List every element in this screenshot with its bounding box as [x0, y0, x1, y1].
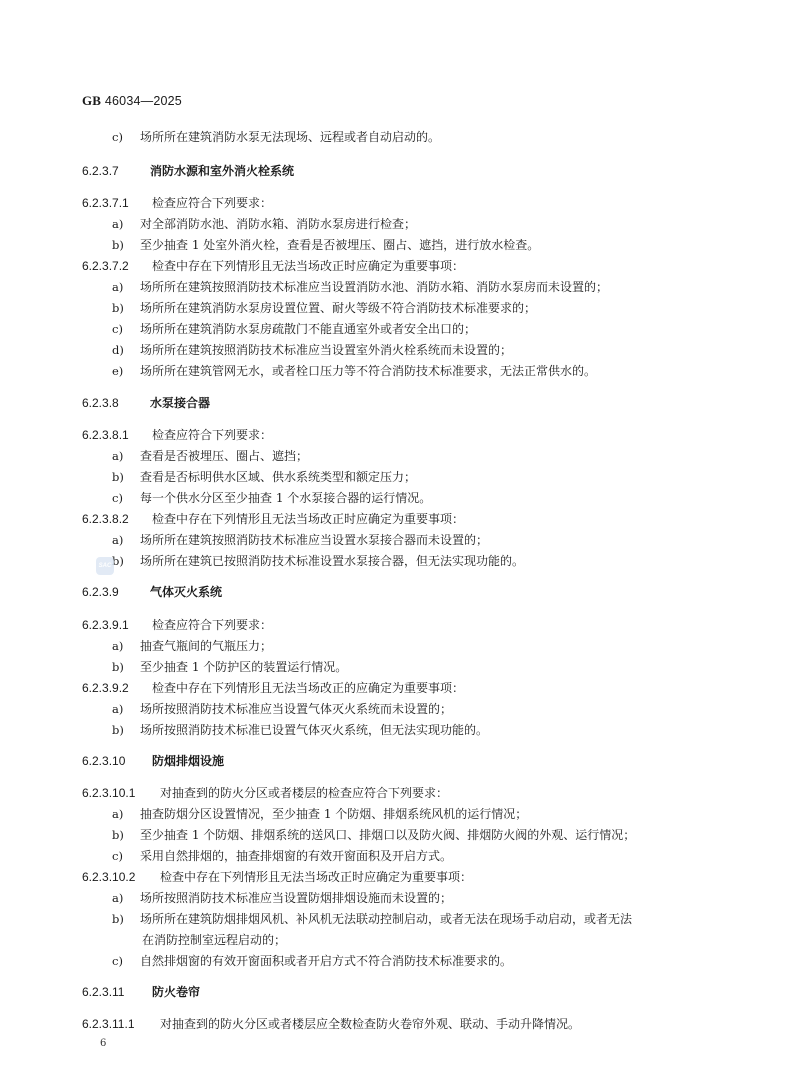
list-marker: b) — [112, 659, 140, 675]
page-number: 6 — [100, 1038, 106, 1049]
clause-number: 6.2.3.7.2 — [82, 258, 152, 274]
list-item: c)采用自然排烟的，抽查排烟窗的有效开窗面积及开启方式。 — [112, 848, 452, 864]
list-item: e)场所所在建筑管网无水，或者栓口压力等不符合消防技术标准要求，无法正常供水的。 — [112, 363, 596, 379]
list-item: a)对全部消防水池、消防水箱、消防水泵房进行检查； — [112, 216, 416, 232]
list-marker: b) — [112, 722, 140, 738]
clause: 6.2.3.8.2检查中存在下列情形且无法当场改正时应确定为重要事项： — [82, 511, 464, 527]
clause: 6.2.3.9.2检查中存在下列情形且无法当场改正的应确定为重要事项： — [82, 680, 464, 696]
clause-text: 对抽查到的防火分区或者楼层应全数检查防火卷帘外观、联动、手动升降情况。 — [160, 1017, 580, 1031]
list-item: b)至少抽查 1 处室外消火栓，查看是否被埋压、圈占、遮挡，进行放水检查。 — [112, 237, 539, 253]
section-title: 防烟排烟设施 — [152, 754, 224, 768]
clause: 6.2.3.7.2检查中存在下列情形且无法当场改正时应确定为重要事项： — [82, 258, 464, 274]
section-title: 水泵接合器 — [150, 396, 210, 410]
list-marker: b) — [112, 469, 140, 485]
list-item-text: 查看是否标明供水区域、供水系统类型和额定压力； — [140, 470, 416, 484]
standard-prefix: GB — [82, 93, 101, 108]
list-item-text: 场所所在建筑按照消防技术标准应当设置室外消火栓系统而未设置的； — [140, 343, 512, 357]
list-marker: b) — [112, 553, 140, 569]
list-item-text: 场所按照消防技术标准已设置气体灭火系统，但无法实现功能的。 — [140, 723, 488, 737]
section-number: 6.2.3.11 — [82, 984, 152, 1000]
section-heading: 6.2.3.7消防水源和室外消火栓系统 — [82, 163, 294, 179]
clause-text: 检查中存在下列情形且无法当场改正的应确定为重要事项： — [152, 681, 464, 695]
list-marker: c) — [112, 321, 140, 337]
list-marker: a) — [112, 701, 140, 717]
list-marker: b) — [112, 911, 140, 927]
clause-text: 检查应符合下列要求： — [152, 428, 272, 442]
standard-code: 46034—2025 — [105, 94, 182, 108]
list-marker: b) — [112, 300, 140, 316]
list-item-text: 抽查防烟分区设置情况，至少抽查 1 个防烟、排烟系统风机的运行情况； — [140, 807, 527, 821]
section-heading: 6.2.3.9气体灭火系统 — [82, 584, 222, 600]
clause-number: 6.2.3.8.1 — [82, 427, 152, 443]
list-item: d)场所所在建筑按照消防技术标准应当设置室外消火栓系统而未设置的； — [112, 342, 512, 358]
list-marker: c) — [112, 848, 140, 864]
clause-number: 6.2.3.8.2 — [82, 511, 152, 527]
section-number: 6.2.3.7 — [82, 163, 150, 179]
clause: 6.2.3.7.1检查应符合下列要求： — [82, 195, 272, 211]
list-item-text: 抽查气瓶间的气瓶压力； — [140, 639, 272, 653]
clause: 6.2.3.8.1检查应符合下列要求： — [82, 427, 272, 443]
list-item-continuation: 在消防控制室远程启动的； — [142, 932, 286, 948]
section-title: 气体灭火系统 — [150, 585, 222, 599]
list-item: c)场所所在建筑消防水泵房疏散门不能直通室外或者安全出口的； — [112, 321, 476, 337]
section-number: 6.2.3.10 — [82, 753, 152, 769]
list-item: a)场所所在建筑按照消防技术标准应当设置消防水池、消防水箱、消防水泵房而未设置的… — [112, 279, 608, 295]
standard-number: GB 46034—2025 — [82, 93, 182, 109]
section-heading: 6.2.3.10防烟排烟设施 — [82, 753, 224, 769]
list-item-text: 至少抽查 1 个防烟、排烟系统的送风口、排烟口以及防火阀、排烟防火阀的外观、运行… — [140, 828, 635, 842]
clause: 6.2.3.9.1检查应符合下列要求： — [82, 617, 272, 633]
sac-watermark-icon: SAC — [96, 557, 114, 575]
clause-number: 6.2.3.11.1 — [82, 1016, 160, 1032]
list-item-text: 场所所在建筑消防水泵房疏散门不能直通室外或者安全出口的； — [140, 322, 476, 336]
list-item: b)查看是否标明供水区域、供水系统类型和额定压力； — [112, 469, 416, 485]
list-item: c)自然排烟窗的有效开窗面积或者开启方式不符合消防技术标准要求的。 — [112, 953, 512, 969]
list-item: a)抽查防烟分区设置情况，至少抽查 1 个防烟、排烟系统风机的运行情况； — [112, 806, 527, 822]
clause-text: 检查应符合下列要求： — [152, 196, 272, 210]
list-item-text: 场所所在建筑消防水泵无法现场、远程或者自动启动的。 — [140, 130, 440, 144]
clause-text: 检查中存在下列情形且无法当场改正时应确定为重要事项： — [152, 259, 464, 273]
list-item-text: 场所按照消防技术标准应当设置气体灭火系统而未设置的； — [140, 702, 452, 716]
section-title: 消防水源和室外消火栓系统 — [150, 164, 294, 178]
section-number: 6.2.3.8 — [82, 395, 150, 411]
clause-number: 6.2.3.10.2 — [82, 869, 160, 885]
list-item-text: 场所所在建筑按照消防技术标准应当设置消防水池、消防水箱、消防水泵房而未设置的； — [140, 280, 608, 294]
list-item: a)查看是否被埋压、圈占、遮挡； — [112, 448, 308, 464]
list-item: b)至少抽查 1 个防护区的装置运行情况。 — [112, 659, 347, 675]
list-item: b)场所所在建筑消防水泵房设置位置、耐火等级不符合消防技术标准要求的； — [112, 300, 536, 316]
list-item-text: 场所按照消防技术标准应当设置防烟排烟设施而未设置的； — [140, 891, 452, 905]
document-page: GB 46034—2025 c)场所所在建筑消防水泵无法现场、远程或者自动启动的… — [0, 0, 794, 1079]
clause-text: 检查中存在下列情形且无法当场改正时应确定为重要事项： — [160, 870, 472, 884]
list-item: b)场所所在建筑防烟排烟风机、补风机无法联动控制启动，或者无法在现场手动启动，或… — [112, 911, 632, 927]
list-item-text: 采用自然排烟的，抽查排烟窗的有效开窗面积及开启方式。 — [140, 849, 452, 863]
clause: 6.2.3.11.1对抽查到的防火分区或者楼层应全数检查防火卷帘外观、联动、手动… — [82, 1016, 580, 1032]
clause-number: 6.2.3.7.1 — [82, 195, 152, 211]
list-item: c)每一个供水分区至少抽查 1 个水泵接合器的运行情况。 — [112, 490, 431, 506]
list-marker: a) — [112, 279, 140, 295]
list-item-text: 场所所在建筑已按照消防技术标准设置水泵接合器，但无法实现功能的。 — [140, 554, 524, 568]
list-item: a)场所按照消防技术标准应当设置气体灭火系统而未设置的； — [112, 701, 452, 717]
clause-number: 6.2.3.9.2 — [82, 680, 152, 696]
list-marker: a) — [112, 890, 140, 906]
list-marker: a) — [112, 532, 140, 548]
list-marker: a) — [112, 806, 140, 822]
list-marker: c) — [112, 490, 140, 506]
list-item: a)抽查气瓶间的气瓶压力； — [112, 638, 272, 654]
list-item-text: 对全部消防水池、消防水箱、消防水泵房进行检查； — [140, 217, 416, 231]
clause-number: 6.2.3.9.1 — [82, 617, 152, 633]
list-item-text: 场所所在建筑按照消防技术标准应当设置水泵接合器而未设置的； — [140, 533, 488, 547]
list-item-text: 查看是否被埋压、圈占、遮挡； — [140, 449, 308, 463]
list-marker: b) — [112, 237, 140, 253]
list-marker: a) — [112, 216, 140, 232]
clause: 6.2.3.10.2检查中存在下列情形且无法当场改正时应确定为重要事项： — [82, 869, 472, 885]
list-marker: a) — [112, 638, 140, 654]
section-heading: 6.2.3.8水泵接合器 — [82, 395, 210, 411]
list-item-text: 至少抽查 1 个防护区的装置运行情况。 — [140, 660, 347, 674]
list-item: b)至少抽查 1 个防烟、排烟系统的送风口、排烟口以及防火阀、排烟防火阀的外观、… — [112, 827, 635, 843]
list-marker: b) — [112, 827, 140, 843]
list-marker: c) — [112, 129, 140, 145]
section-heading: 6.2.3.11防火卷帘 — [82, 984, 200, 1000]
list-item-text: 每一个供水分区至少抽查 1 个水泵接合器的运行情况。 — [140, 491, 431, 505]
section-title: 防火卷帘 — [152, 985, 200, 999]
clause-text: 对抽查到的防火分区或者楼层的检查应符合下列要求： — [160, 786, 448, 800]
list-item-text: 场所所在建筑管网无水，或者栓口压力等不符合消防技术标准要求，无法正常供水的。 — [140, 364, 596, 378]
clause-text: 检查中存在下列情形且无法当场改正时应确定为重要事项： — [152, 512, 464, 526]
list-item: c)场所所在建筑消防水泵无法现场、远程或者自动启动的。 — [112, 129, 440, 145]
clause-number: 6.2.3.10.1 — [82, 785, 160, 801]
list-item: b)场所所在建筑已按照消防技术标准设置水泵接合器，但无法实现功能的。 — [112, 553, 524, 569]
list-item-text: 场所所在建筑消防水泵房设置位置、耐火等级不符合消防技术标准要求的； — [140, 301, 536, 315]
list-item: b)场所按照消防技术标准已设置气体灭火系统，但无法实现功能的。 — [112, 722, 488, 738]
clause: 6.2.3.10.1对抽查到的防火分区或者楼层的检查应符合下列要求： — [82, 785, 448, 801]
clause-text: 检查应符合下列要求： — [152, 618, 272, 632]
list-marker: d) — [112, 342, 140, 358]
list-item: a)场所所在建筑按照消防技术标准应当设置水泵接合器而未设置的； — [112, 532, 488, 548]
list-item: a)场所按照消防技术标准应当设置防烟排烟设施而未设置的； — [112, 890, 452, 906]
list-item-text: 至少抽查 1 处室外消火栓，查看是否被埋压、圈占、遮挡，进行放水检查。 — [140, 238, 539, 252]
list-marker: a) — [112, 448, 140, 464]
list-marker: e) — [112, 363, 140, 379]
list-marker: c) — [112, 953, 140, 969]
section-number: 6.2.3.9 — [82, 584, 150, 600]
list-item-text: 自然排烟窗的有效开窗面积或者开启方式不符合消防技术标准要求的。 — [140, 954, 512, 968]
list-item-text: 场所所在建筑防烟排烟风机、补风机无法联动控制启动，或者无法在现场手动启动，或者无… — [140, 912, 632, 926]
